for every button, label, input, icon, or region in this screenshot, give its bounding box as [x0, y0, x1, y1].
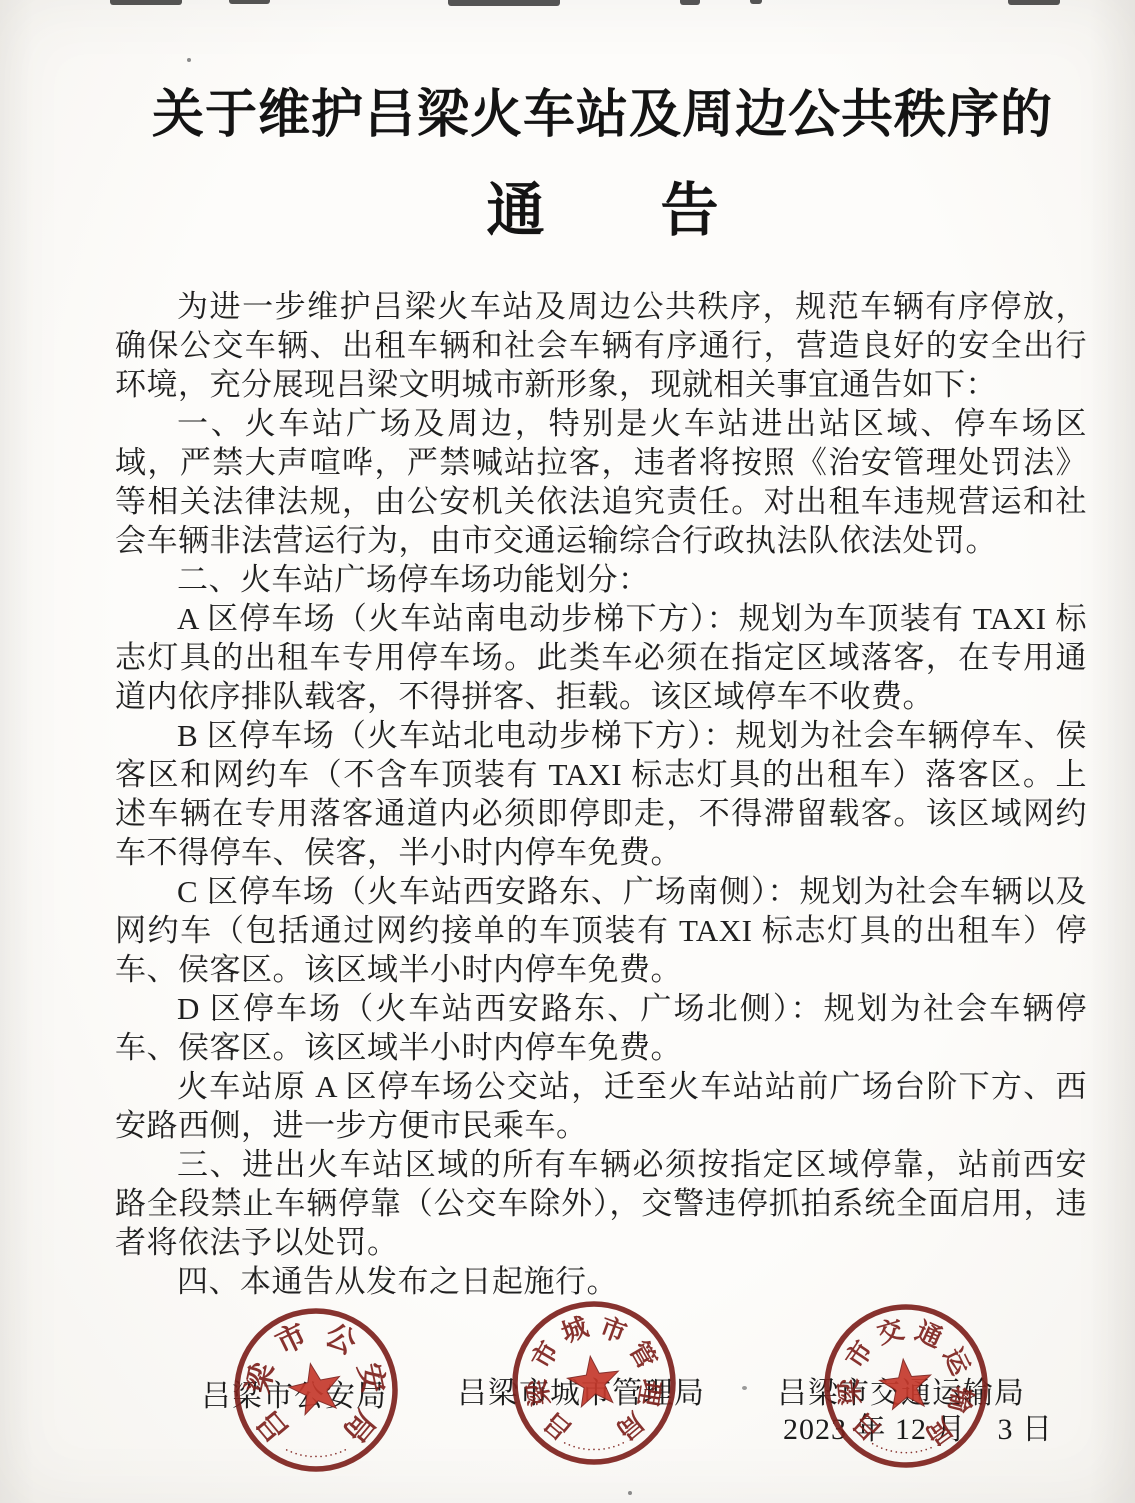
notice-title: 关于维护吕梁火车站及周边公共秩序的	[80, 72, 1125, 147]
scan-artifact	[110, 0, 182, 5]
svg-text:•: •	[910, 1449, 914, 1457]
scan-artifact	[229, 0, 270, 4]
scan-artifact	[1008, 0, 1060, 5]
signature-org-city-management: 吕梁市城市管理局	[457, 1368, 705, 1412]
svg-text:•: •	[294, 1450, 299, 1459]
svg-text:•: •	[309, 1453, 313, 1461]
paragraph-item-3: 三、进出火车站区域的所有车辆必须按指定区域停靠，站前西安路全段禁止车辆停靠（公交…	[115, 1145, 1087, 1262]
svg-text:•: •	[284, 1446, 290, 1455]
svg-text:•: •	[562, 1439, 568, 1448]
svg-text:•: •	[338, 1448, 344, 1457]
signature-org-public-security: 吕梁市公安局	[201, 1371, 387, 1415]
scan-speck	[742, 1386, 747, 1390]
scan-artifact	[448, 0, 560, 6]
scan-artifact	[750, 0, 762, 4]
svg-text:•: •	[598, 1446, 602, 1454]
svg-text:交: 交	[874, 1315, 907, 1350]
svg-text:•: •	[572, 1443, 577, 1452]
svg-text:局: 局	[611, 1406, 650, 1445]
svg-text:•: •	[299, 1451, 304, 1459]
svg-text:•: •	[320, 1453, 324, 1461]
svg-text:通: 通	[911, 1316, 947, 1353]
svg-text:•: •	[567, 1441, 573, 1450]
svg-text:•: •	[582, 1445, 586, 1453]
paragraph-zone-c: C 区停车场（火车站西安路东、广场南侧）：规划为社会车辆以及网约车（包括通过网约…	[115, 872, 1087, 989]
svg-text:•: •	[289, 1448, 295, 1457]
svg-text:•: •	[607, 1444, 612, 1452]
svg-text:城: 城	[558, 1312, 592, 1348]
paragraph-item-2-heading: 二、火车站广场停车场功能划分：	[115, 560, 1087, 599]
svg-text:•: •	[587, 1446, 591, 1454]
paragraph-intro: 为进一步维护吕梁火车站及周边公共秩序，规范车辆有序停放，确保公交车辆、出租车辆和…	[115, 287, 1087, 404]
svg-text:•: •	[915, 1448, 919, 1456]
svg-text:•: •	[905, 1449, 908, 1457]
paragraph-zone-b: B 区停车场（火车站北电动步梯下方）：规划为社会车辆停车、侯客区和网约车（不含车…	[115, 716, 1087, 872]
scan-speck	[628, 1491, 632, 1495]
svg-text:•: •	[329, 1451, 334, 1459]
scanned-notice-document: 关于维护吕梁火车站及周边公共秩序的 通 告 为进一步维护吕梁火车站及周边公共秩序…	[0, 0, 1135, 1503]
notice-title-second-line: 通 告	[80, 163, 1125, 247]
paragraph-item-1: 一、火车站广场及周边，特别是火车站进出站区域、停车场区域，严禁大声喧哗，严禁喊站…	[115, 404, 1087, 560]
svg-text:•: •	[894, 1448, 898, 1456]
svg-text:公: 公	[320, 1318, 361, 1361]
svg-text:•: •	[593, 1446, 596, 1454]
svg-text:•: •	[612, 1443, 617, 1452]
svg-text:•: •	[304, 1452, 308, 1460]
paragraph-item-4: 四、本通告从发布之日起施行。	[115, 1262, 1087, 1301]
svg-text:市: 市	[271, 1318, 312, 1361]
svg-text:•: •	[315, 1453, 318, 1461]
svg-text:•: •	[577, 1444, 582, 1452]
paragraph-bus-stop-relocation: 火车站原 A 区停车场公交站，迁至火车站站前广场台阶下方、西安路西侧，进一步方便…	[115, 1067, 1087, 1145]
svg-text:•: •	[889, 1447, 894, 1455]
svg-text:•: •	[343, 1446, 349, 1455]
notice-body: 为进一步维护吕梁火车站及周边公共秩序，规范车辆有序停放，确保公交车辆、出租车辆和…	[115, 287, 1087, 1301]
svg-text:市: 市	[596, 1312, 630, 1348]
svg-text:•: •	[334, 1450, 339, 1459]
svg-text:•: •	[602, 1445, 606, 1453]
svg-text:•: •	[324, 1452, 328, 1460]
svg-text:•: •	[621, 1439, 627, 1448]
svg-text:•: •	[919, 1447, 924, 1455]
notice-page: { "document": { "title_line1": "关于维护吕梁火车…	[0, 0, 1135, 1503]
signature-date: 2023 年 12 月 3 日	[783, 1404, 1053, 1448]
scan-speck	[187, 58, 191, 62]
scan-artifact	[680, 0, 700, 5]
svg-text:•: •	[616, 1441, 622, 1450]
svg-text:吕: 吕	[539, 1406, 578, 1445]
paragraph-zone-d: D 区停车场（火车站西安路东、广场北侧）：规划为社会车辆停车、侯客区。该区域半小…	[115, 989, 1087, 1067]
paragraph-zone-a: A 区停车场（火车站南电动步梯下方）：规划为车顶装有 TAXI 标志灯具的出租车…	[115, 599, 1087, 716]
svg-text:•: •	[900, 1449, 904, 1457]
